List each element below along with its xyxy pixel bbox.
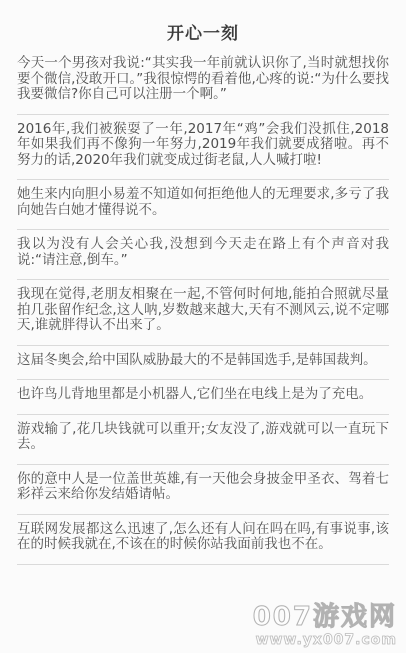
joke-item: 也许鸟儿背地里都是小机器人,它们坐在电线上是为了充电。 [17,380,389,415]
joke-item: 游戏输了,花几块钱就可以重开;女友没了,游戏就可以一直玩下去。 [17,415,389,465]
joke-list: 今天一个男孩对我说:“其实我一年前就认识你了,当时就想找你要个微信,没敢开口。”… [17,49,389,565]
watermark-site-url: www.yx007.com [253,632,397,648]
joke-item: 2016年,我们被猴耍了一年,2017年“鸡”会我们没抓住,2018年如果我们再… [17,115,389,181]
joke-item: 我以为没有人会关心我,没想到今天走在路上有个声音对我说:“请注意,倒车。” [17,230,389,280]
page-title: 开心一刻 [17,19,389,44]
joke-item: 我现在觉得,老朋友相聚在一起,不管何时何地,能拍合照就尽量拍几张留作纪念,这人呐… [17,280,389,346]
joke-item: 你的意中人是一位盖世英雄,有一天他会身披金甲圣衣、驾着七彩祥云来给你发结婚请帖。 [17,465,389,515]
joke-item: 她生来内向胆小易羞不知道如何拒绝他人的无理要求,多亏了我向她告白她才懂得说不。 [17,180,389,230]
joke-item: 今天一个男孩对我说:“其实我一年前就认识你了,当时就想找你要个微信,没敢开口。”… [17,49,389,115]
joke-article: 开心一刻 今天一个男孩对我说:“其实我一年前就认识你了,当时就想找你要个微信,没… [0,0,406,565]
joke-item: 互联网发展都这么迅速了,怎么还有人问在吗在吗,有事说事,该在的时候我就在,不该在… [17,515,389,565]
site-watermark: 007游戏网 www.yx007.com [253,603,397,648]
joke-item: 这届冬奥会,给中国队威胁最大的不是韩国选手,是韩国裁判。 [17,346,389,381]
watermark-site-name: 007游戏网 [253,603,397,631]
